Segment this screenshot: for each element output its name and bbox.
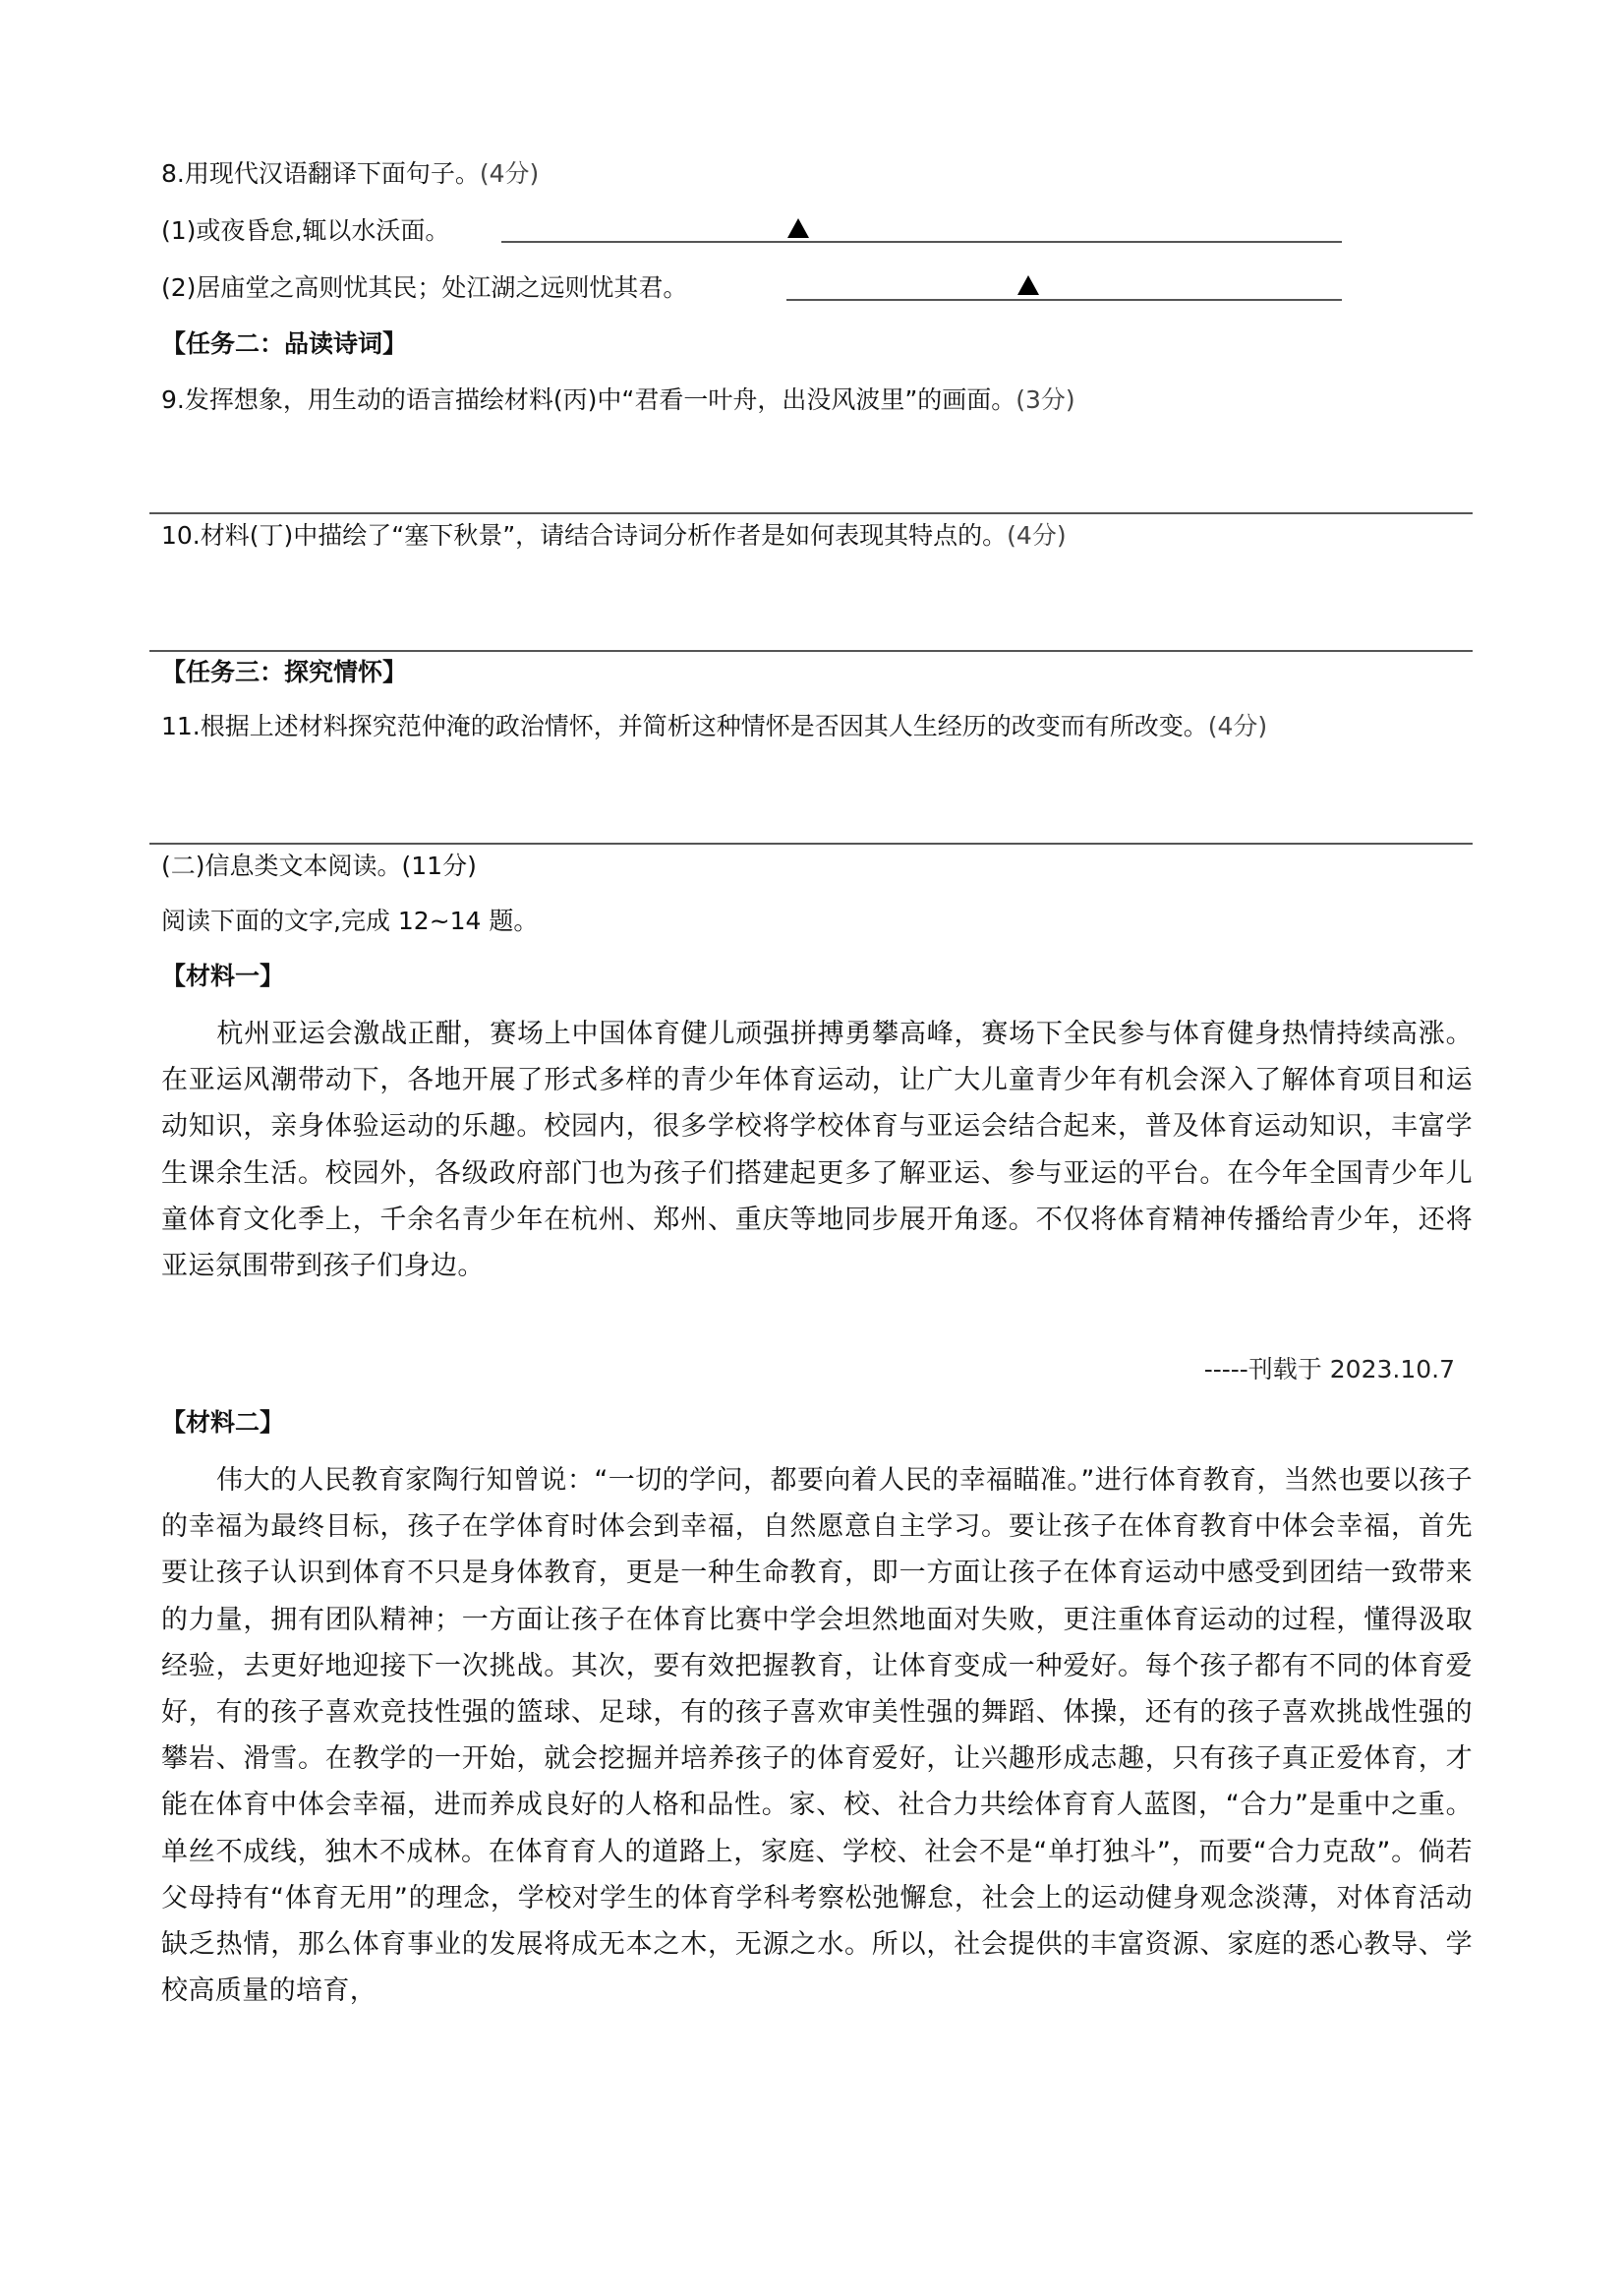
question-8-item-1: (1)或夜昏怠,辄以水沃面。 bbox=[161, 214, 449, 248]
question-11-text: 11.根据上述材料探究范仲淹的政治情怀，并简析这种情怀是否因其人生经历的改变而有… bbox=[161, 712, 1208, 740]
question-8-score: (4分) bbox=[480, 159, 539, 188]
question-11: 11.根据上述材料探究范仲淹的政治情怀，并简析这种情怀是否因其人生经历的改变而有… bbox=[161, 710, 1267, 743]
answer-line-8-1[interactable] bbox=[501, 241, 1342, 243]
task-2-heading: 【任务二：品读诗词】 bbox=[161, 327, 407, 361]
material-2-body: 伟大的人民教育家陶行知曾说：“一切的学问，都要向着人民的幸福瞄准。”进行体育教育… bbox=[161, 1457, 1473, 2014]
material-1-source: -----刊载于 2023.10.7 bbox=[1204, 1353, 1455, 1386]
material-1-text: 杭州亚运会激战正酣，赛场上中国体育健儿顽强拼搏勇攀高峰，赛场下全民参与体育健身热… bbox=[161, 1019, 1473, 1281]
material-1-body: 杭州亚运会激战正酣，赛场上中国体育健儿顽强拼搏勇攀高峰，赛场下全民参与体育健身热… bbox=[161, 1011, 1473, 1289]
question-8: 8.用现代汉语翻译下面句子。(4分) bbox=[161, 157, 539, 191]
answer-area-9-rule bbox=[149, 512, 1473, 514]
question-9-score: (3分) bbox=[1015, 385, 1074, 414]
question-8-text: 8.用现代汉语翻译下面句子。 bbox=[161, 159, 480, 188]
material-2-text: 伟大的人民教育家陶行知曾说：“一切的学问，都要向着人民的幸福瞄准。”进行体育教育… bbox=[161, 1465, 1473, 2006]
answer-area-10-rule bbox=[149, 650, 1473, 652]
question-10: 10.材料(丁)中描绘了“塞下秋景”，请结合诗词分析作者是如何表现其特点的。(4… bbox=[161, 519, 1067, 553]
question-9: 9.发挥想象，用生动的语言描绘材料(丙)中“君看一叶舟，出没风波里”的画面。(3… bbox=[161, 383, 1075, 417]
answer-marker-triangle-icon bbox=[787, 218, 809, 238]
question-11-score: (4分) bbox=[1208, 712, 1267, 740]
question-8-item-2-label: (2)居庙堂之高则忧其民；处江湖之远则忧其君。 bbox=[161, 273, 687, 302]
answer-area-11-rule bbox=[149, 843, 1473, 845]
question-10-text: 10.材料(丁)中描绘了“塞下秋景”，请结合诗词分析作者是如何表现其特点的。 bbox=[161, 521, 1007, 550]
section-2-title: (二)信息类文本阅读。(11分) bbox=[161, 850, 477, 883]
answer-line-8-2[interactable] bbox=[786, 299, 1342, 301]
task-3-heading: 【任务三：探究情怀】 bbox=[161, 656, 407, 689]
question-10-score: (4分) bbox=[1007, 521, 1066, 550]
section-2-instruction: 阅读下面的文字,完成 12~14 题。 bbox=[161, 905, 538, 938]
answer-marker-triangle-icon bbox=[1017, 275, 1039, 295]
question-8-item-1-label: (1)或夜昏怠,辄以水沃面。 bbox=[161, 216, 449, 245]
question-8-item-2: (2)居庙堂之高则忧其民；处江湖之远则忧其君。 bbox=[161, 271, 687, 305]
material-1-heading: 【材料一】 bbox=[161, 960, 284, 993]
question-9-text: 9.发挥想象，用生动的语言描绘材料(丙)中“君看一叶舟，出没风波里”的画面。 bbox=[161, 385, 1015, 414]
material-2-heading: 【材料二】 bbox=[161, 1406, 284, 1440]
